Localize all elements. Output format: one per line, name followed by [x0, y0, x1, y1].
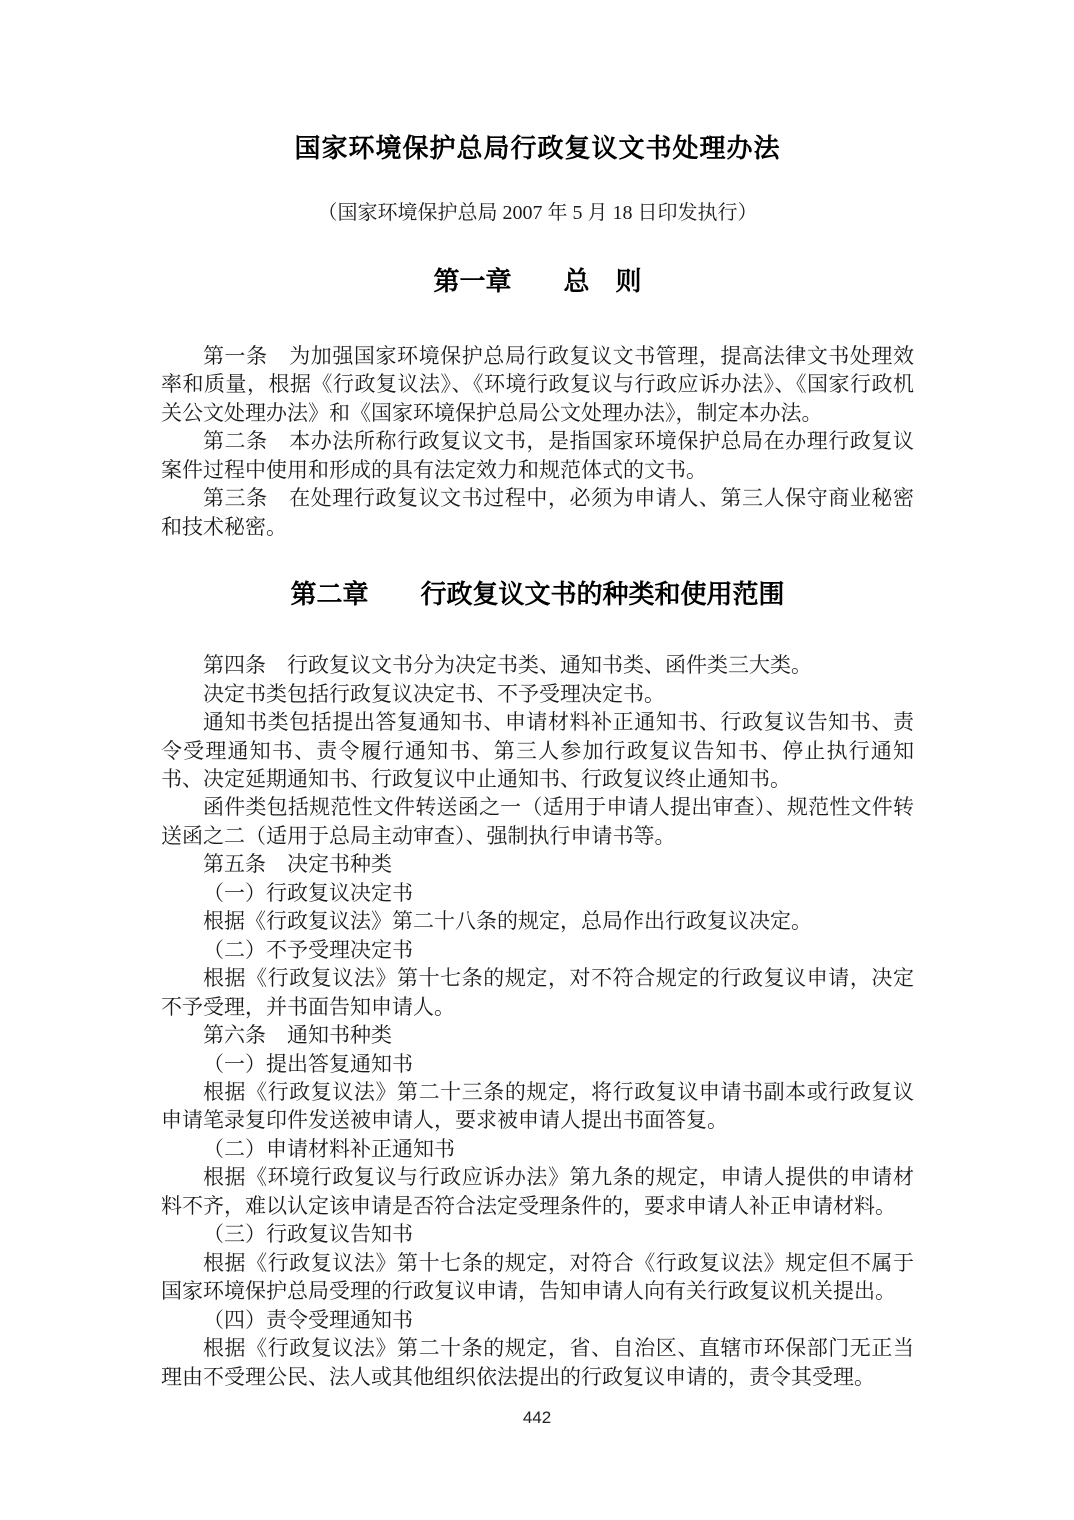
- chapter-2-body: 第四条 行政复议文书分为决定书类、通知书类、函件类三大类。 决定书类包括行政复议…: [161, 651, 914, 1391]
- paragraph-notice-item-4: （四）责令受理通知书: [161, 1306, 914, 1334]
- paragraph-item-1-detail: 根据《行政复议法》第二十八条的规定，总局作出行政复议决定。: [161, 907, 914, 935]
- page-number: 442: [0, 1408, 1074, 1428]
- document-body: 国家环境保护总局行政复议文书处理办法 （国家环境保护总局 2007 年 5 月 …: [161, 0, 914, 1391]
- paragraph-article-1: 第一条 为加强国家环境保护总局行政复议文书管理，提高法律文书处理效率和质量，根据…: [161, 342, 914, 427]
- paragraph-notice-item-2: （二）申请材料补正通知书: [161, 1135, 914, 1163]
- paragraph-notice-item-3: （三）行政复议告知书: [161, 1220, 914, 1248]
- paragraph-item-1: （一）行政复议决定书: [161, 879, 914, 907]
- paragraph-notice-item-3-detail: 根据《行政复议法》第十七条的规定，对符合《行政复议法》规定但不属于国家环境保护总…: [161, 1249, 914, 1306]
- chapter-2-heading: 第二章 行政复议文书的种类和使用范围: [161, 575, 914, 615]
- paragraph-article-2: 第二条 本办法所称行政复议文书，是指国家环境保护总局在办理行政复议案件过程中使用…: [161, 427, 914, 484]
- paragraph-notice-item-2-detail: 根据《环境行政复议与行政应诉办法》第九条的规定，申请人提供的申请材料不齐，难以认…: [161, 1163, 914, 1220]
- paragraph-notice-item-4-detail: 根据《行政复议法》第二十条的规定，省、自治区、直辖市环保部门无正当理由不受理公民…: [161, 1334, 914, 1391]
- document-page: 国家环境保护总局行政复议文书处理办法 （国家环境保护总局 2007 年 5 月 …: [0, 0, 1074, 1520]
- paragraph-article-6: 第六条 通知书种类: [161, 1021, 914, 1049]
- paragraph-item-2: （二）不予受理决定书: [161, 936, 914, 964]
- paragraph-letter-types: 函件类包括规范性文件转送函之一（适用于申请人提出审查）、规范性文件转送函之二（适…: [161, 793, 914, 850]
- paragraph-article-3: 第三条 在处理行政复议文书过程中，必须为申请人、第三人保守商业秘密和技术秘密。: [161, 484, 914, 541]
- chapter-1-body: 第一条 为加强国家环境保护总局行政复议文书管理，提高法律文书处理效率和质量，根据…: [161, 342, 914, 541]
- paragraph-article-4: 第四条 行政复议文书分为决定书类、通知书类、函件类三大类。: [161, 651, 914, 679]
- paragraph-notice-item-1: （一）提出答复通知书: [161, 1050, 914, 1078]
- document-title: 国家环境保护总局行政复议文书处理办法: [161, 130, 914, 168]
- paragraph-notice-item-1-detail: 根据《行政复议法》第二十三条的规定，将行政复议申请书副本或行政复议申请笔录复印件…: [161, 1078, 914, 1135]
- paragraph-decision-types: 决定书类包括行政复议决定书、不予受理决定书。: [161, 680, 914, 708]
- paragraph-notice-types: 通知书类包括提出答复通知书、申请材料补正通知书、行政复议告知书、责令受理通知书、…: [161, 708, 914, 793]
- paragraph-item-2-detail: 根据《行政复议法》第十七条的规定，对不符合规定的行政复议申请，决定不予受理，并书…: [161, 964, 914, 1021]
- chapter-1-heading: 第一章 总 则: [161, 262, 914, 302]
- document-subtitle: （国家环境保护总局 2007 年 5 月 18 日印发执行）: [161, 198, 914, 228]
- paragraph-article-5: 第五条 决定书种类: [161, 850, 914, 878]
